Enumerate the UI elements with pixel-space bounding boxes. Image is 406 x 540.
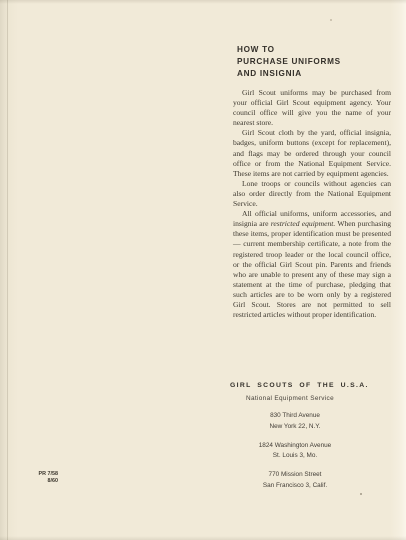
address-city: St. Louis 3, Mo. xyxy=(213,451,377,462)
form-code-line-1: PR 7/58 xyxy=(22,471,58,478)
form-code-line-2: 8/60 xyxy=(22,478,58,485)
address-st-louis: 1824 Washington Avenue St. Louis 3, Mo. xyxy=(213,441,377,463)
page-bottom-edge xyxy=(0,536,406,540)
organization-division: National Equipment Service xyxy=(228,395,352,402)
body-paragraph: Girl Scout uniforms may be purchased fro… xyxy=(233,88,391,128)
scanned-page: HOW TO PURCHASE UNIFORMS AND INSIGNIA Gi… xyxy=(0,0,406,540)
body-text: Girl Scout uniforms may be purchased fro… xyxy=(233,88,391,320)
address-city: San Francisco 3, Calif. xyxy=(213,481,377,492)
body-paragraph: Girl Scout cloth by the yard, official i… xyxy=(233,128,391,178)
address-city: New York 22, N.Y. xyxy=(213,422,377,433)
body-paragraph: Lone troops or councils without agencies… xyxy=(233,179,391,209)
paper-speck xyxy=(330,19,332,21)
body-paragraph: All official uniforms, uniform accessori… xyxy=(233,209,391,320)
address-street: 830 Third Avenue xyxy=(213,411,377,422)
page-top-edge xyxy=(0,0,406,4)
publication-form-code: PR 7/58 8/60 xyxy=(22,471,58,485)
address-street: 1824 Washington Avenue xyxy=(213,441,377,452)
address-new-york: 830 Third Avenue New York 22, N.Y. xyxy=(213,411,377,433)
page-title-line-1: HOW TO xyxy=(237,44,341,56)
page-title-line-2: PURCHASE UNIFORMS xyxy=(237,56,341,68)
page-left-edge-line xyxy=(7,0,8,540)
page-title: HOW TO PURCHASE UNIFORMS AND INSIGNIA xyxy=(237,44,341,79)
address-list: 830 Third Avenue New York 22, N.Y. 1824 … xyxy=(213,411,377,500)
address-street: 770 Mission Street xyxy=(213,470,377,481)
page-title-line-3: AND INSIGNIA xyxy=(237,68,341,80)
paper-speck xyxy=(360,493,362,495)
organization-name: GIRL SCOUTS OF THE U.S.A. xyxy=(230,382,369,389)
address-san-francisco: 770 Mission Street San Francisco 3, Cali… xyxy=(213,470,377,492)
